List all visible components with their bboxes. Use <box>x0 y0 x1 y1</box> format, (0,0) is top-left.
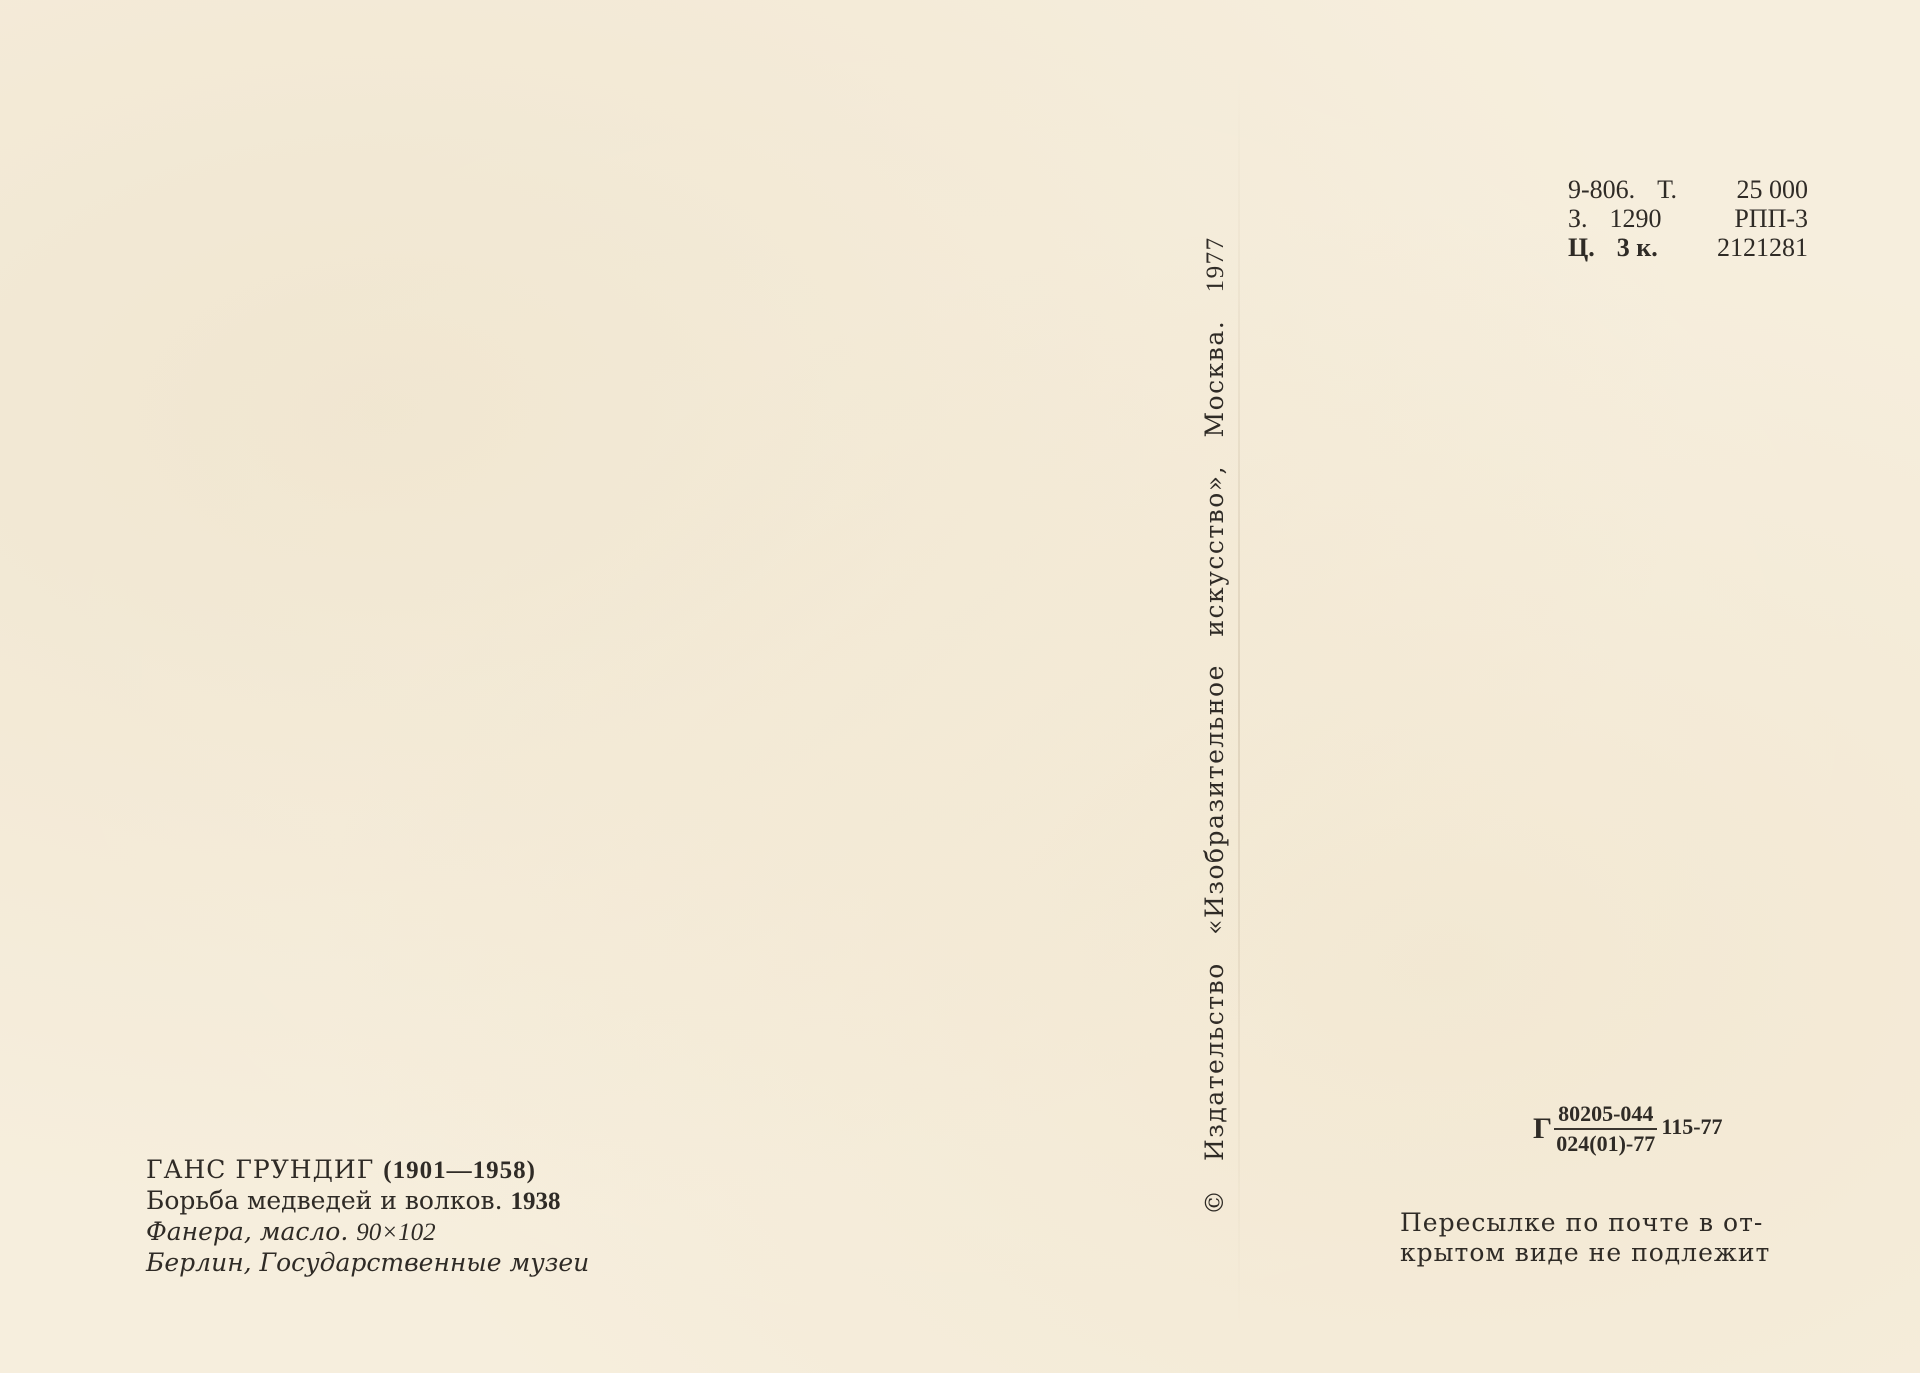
publisher-word: «Изобразительное <box>1200 664 1229 935</box>
artwork-caption: ГАНС ГРУНДИГ (1901—1958) Борьба медведей… <box>146 1155 589 1278</box>
publisher-word: Издательство <box>1200 962 1229 1161</box>
artist-name: ГАНС ГРУНДИГ <box>146 1155 374 1184</box>
artwork-location: Берлин, Государственные музеи <box>146 1248 589 1278</box>
meta-row: 9-806. Т. 25 000 <box>1568 175 1808 204</box>
medium-line: Фанера, масло. 90×102 <box>146 1217 589 1248</box>
artist-line: ГАНС ГРУНДИГ (1901—1958) <box>146 1155 589 1186</box>
publisher-word: искусство», <box>1200 465 1229 637</box>
meta-cell: З. <box>1568 204 1588 233</box>
meta-row: З. 1290 РПП-3 <box>1568 204 1808 233</box>
index-fraction: 80205-044 024(01)-77 <box>1554 1102 1657 1156</box>
publisher-line: © Издательство «Изобразительное искусств… <box>1200 236 1230 1215</box>
index-denominator: 024(01)-77 <box>1556 1130 1655 1156</box>
fold-line <box>1238 70 1240 1330</box>
artist-dates: (1901—1958) <box>383 1157 536 1184</box>
index-letter: Г <box>1533 1112 1552 1146</box>
meta-cell: 25 000 <box>1737 175 1809 204</box>
artwork-medium: Фанера, масло. <box>146 1217 348 1246</box>
copyright-icon: © <box>1200 1189 1229 1216</box>
catalog-index-code: Г 80205-044 024(01)-77 115-77 <box>1533 1102 1723 1156</box>
publisher-city: Москва. <box>1200 320 1229 438</box>
index-suffix: 115-77 <box>1661 1114 1722 1140</box>
print-metadata: 9-806. Т. 25 000 З. 1290 РПП-3 Ц. 3 к. 2… <box>1568 175 1808 262</box>
artwork-year: 1938 <box>511 1188 561 1215</box>
postal-notice-line: крытом виде не подлежит <box>1400 1238 1808 1268</box>
meta-cell: РПП-3 <box>1734 204 1808 233</box>
meta-cell: 3 к. <box>1617 233 1658 262</box>
artwork-title: Борьба медведей и волков. <box>146 1186 503 1215</box>
publisher-year: 1977 <box>1202 236 1229 292</box>
meta-cell: Ц. <box>1568 233 1595 262</box>
postal-notice: Пересылке по почте в от- крытом виде не … <box>1400 1208 1808 1268</box>
meta-row: Ц. 3 к. 2121281 <box>1568 233 1808 262</box>
meta-cell: 1290 <box>1610 204 1662 233</box>
postal-notice-line: Пересылке по почте в от- <box>1400 1208 1808 1238</box>
artwork-title-line: Борьба медведей и волков. 1938 <box>146 1186 589 1217</box>
index-numerator: 80205-044 <box>1554 1102 1657 1130</box>
artwork-size: 90×102 <box>356 1219 435 1246</box>
meta-cell: 9-806. <box>1568 175 1635 204</box>
postcard-back: ГАНС ГРУНДИГ (1901—1958) Борьба медведей… <box>0 0 1920 1373</box>
meta-cell: Т. <box>1657 175 1677 204</box>
meta-cell: 2121281 <box>1717 233 1808 262</box>
